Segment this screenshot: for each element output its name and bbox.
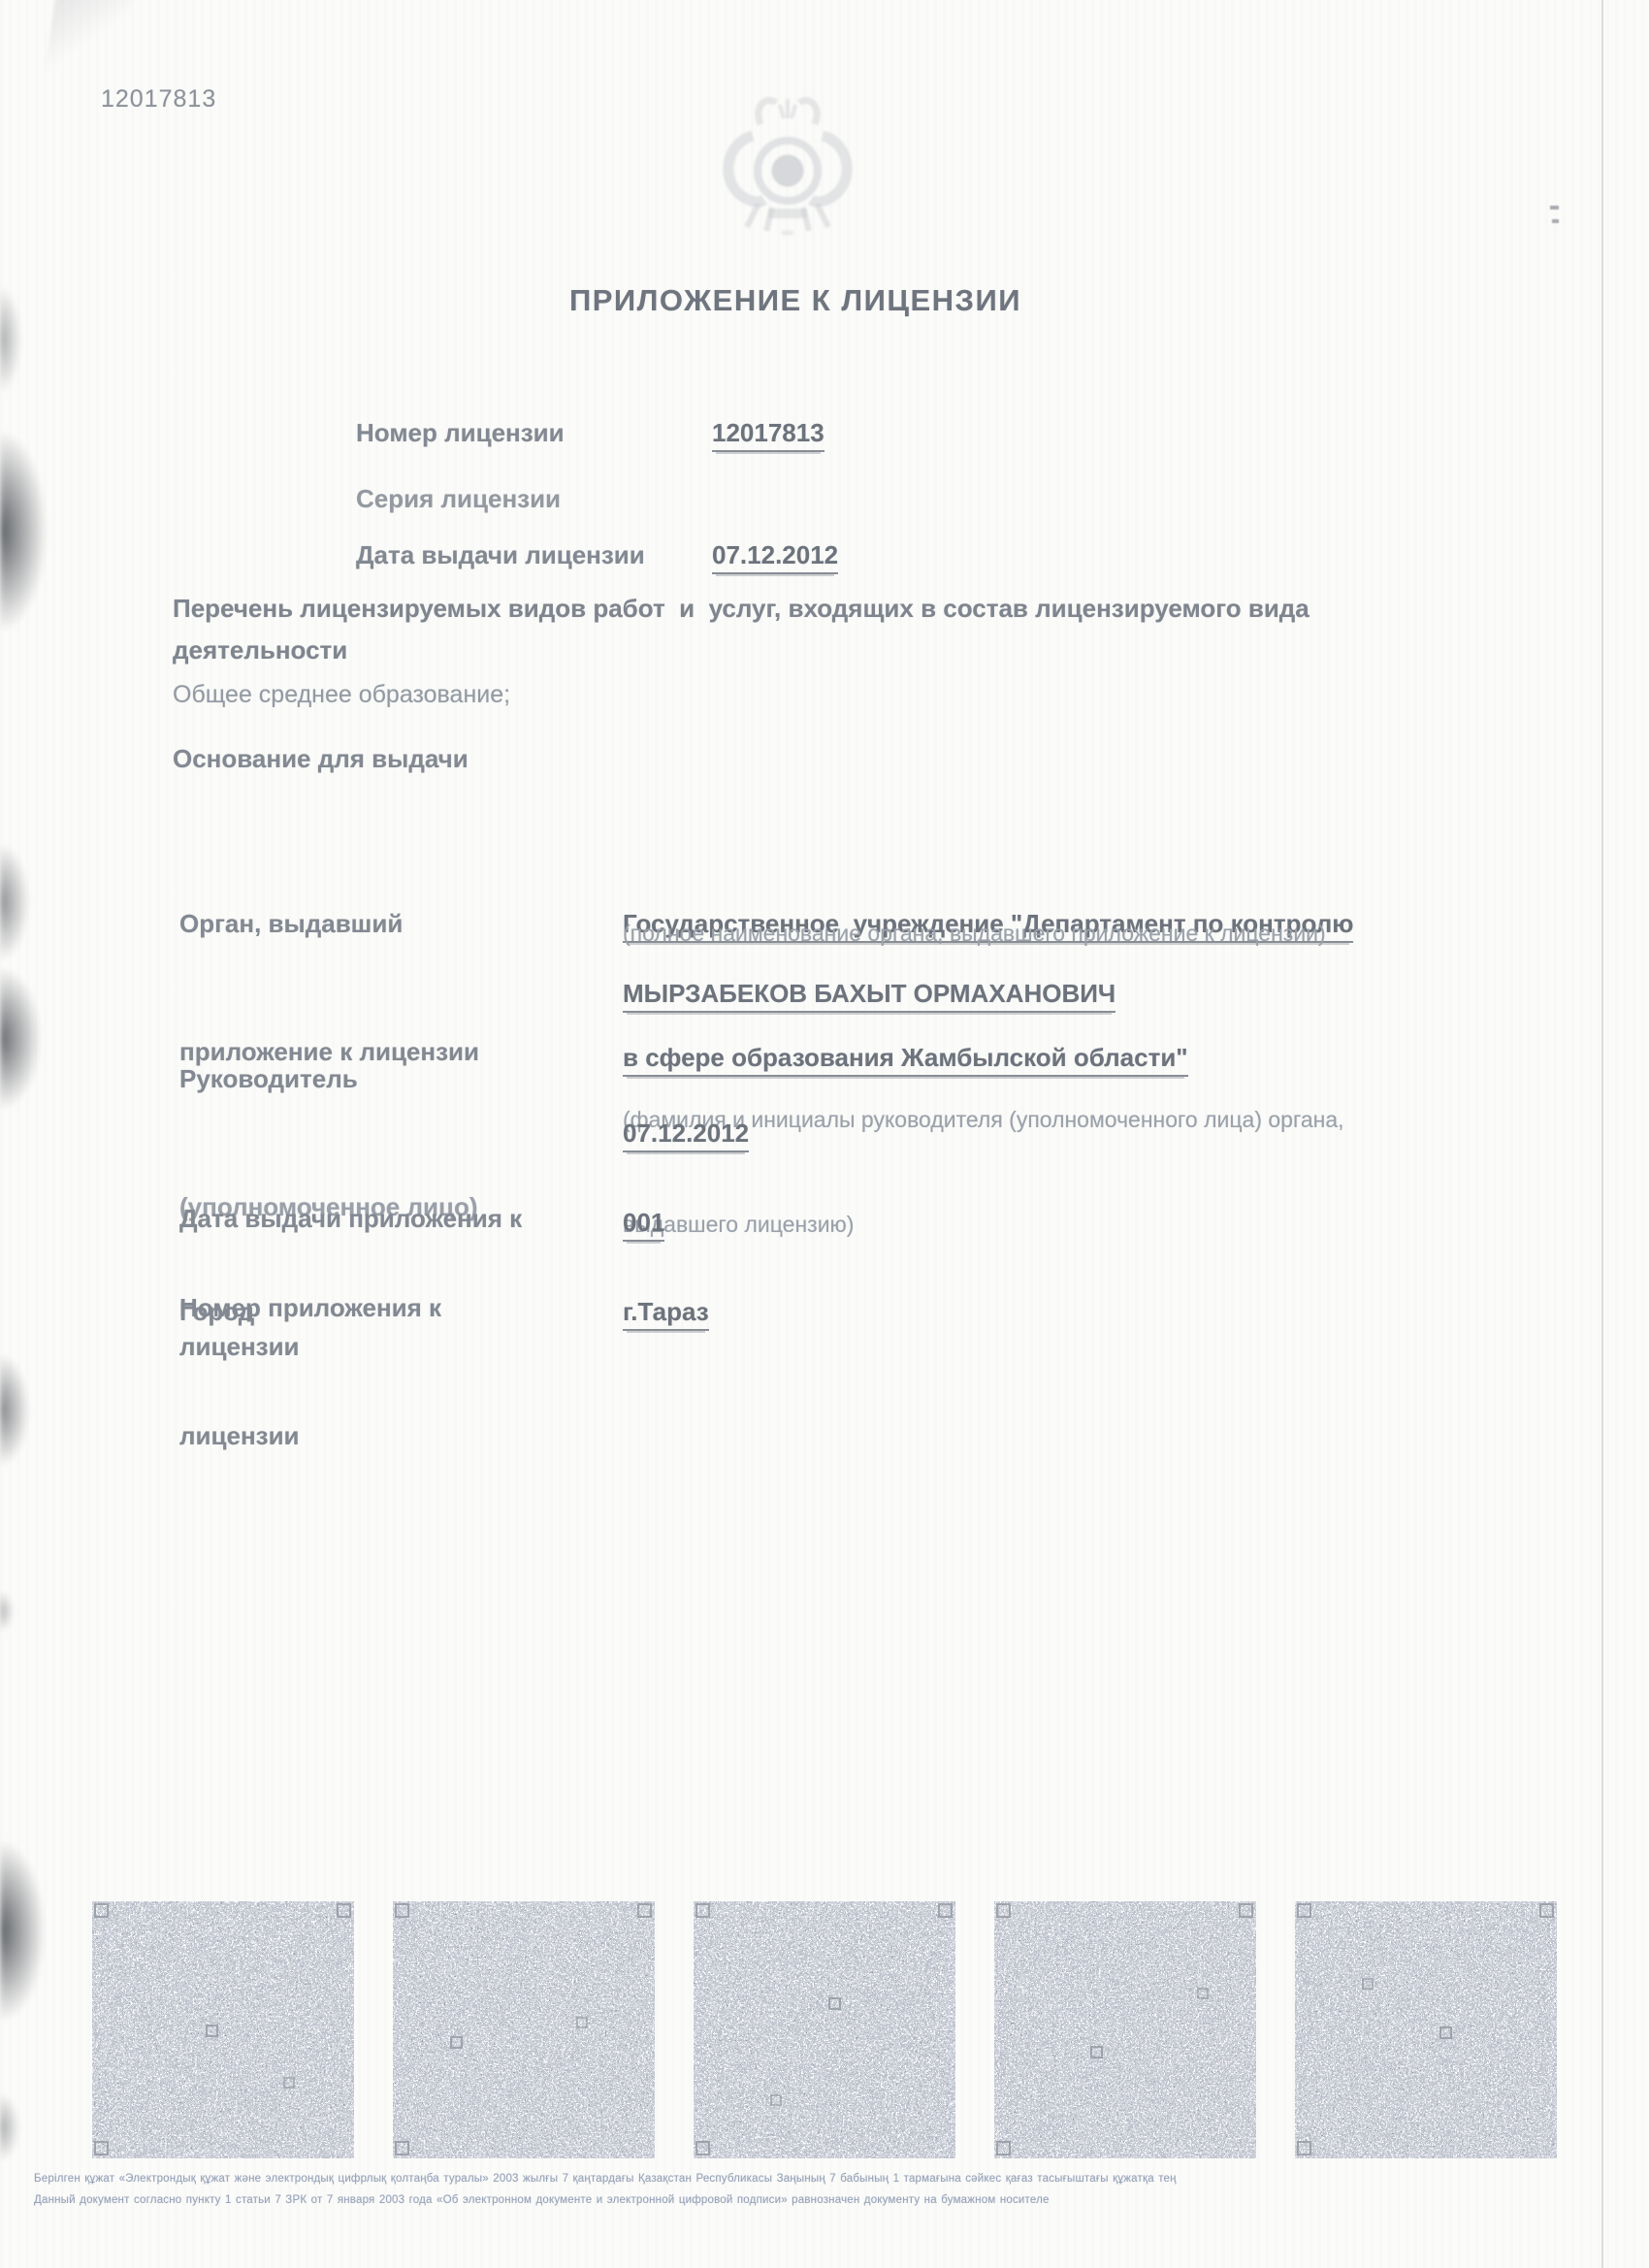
appendix-number-value: 001	[623, 1201, 664, 1244]
kazakhstan-emblem-icon	[704, 80, 871, 251]
scan-artifact	[0, 1841, 45, 2021]
basis-heading: Основание для выдачи	[173, 737, 469, 780]
footer-legal-line-kk: Берілген құжат «Электрондық құжат және э…	[34, 2173, 1177, 2185]
license-issue-date-label: Дата выдачи лицензии	[356, 534, 645, 576]
scan-artifact	[1552, 219, 1559, 223]
barcode-block	[694, 1901, 955, 2158]
scan-artifact	[0, 844, 29, 960]
barcode-block	[92, 1901, 354, 2158]
appendix-date-value: 07.12.2012	[623, 1112, 749, 1154]
works-list-value: Общее среднее образование;	[173, 681, 510, 709]
scan-artifact	[0, 432, 47, 631]
scan-artifact	[0, 968, 41, 1109]
license-number-value: 12017813	[712, 411, 824, 454]
city-value: г.Тараз	[623, 1290, 709, 1333]
scan-number: 12017813	[101, 85, 216, 113]
barcode-block	[994, 1901, 1256, 2158]
authority-caption: (полное наименование органа, выдавшего п…	[623, 916, 1326, 951]
city-label: Город	[179, 1290, 254, 1333]
footer-legal-line-ru: Данный документ согласно пункту 1 статьи…	[34, 2194, 1050, 2206]
scan-artifact	[0, 1354, 29, 1466]
scan-artifact	[0, 2093, 19, 2161]
scan-artifact	[44, 0, 133, 87]
license-issue-date-value: 07.12.2012	[712, 534, 838, 576]
license-number-label: Номер лицензии	[356, 411, 565, 454]
scan-artifact	[1550, 206, 1559, 210]
scanned-page: 12017813 ПРИЛОЖЕНИЕ К ЛИЦЕНЗИИ Номер лиц…	[0, 0, 1649, 2268]
works-list-heading: Перечень лицензируемых видов работ и усл…	[173, 588, 1453, 671]
appendix-number-label: Номер приложения к лицензии	[179, 1201, 626, 1542]
barcode-block	[1295, 1901, 1557, 2158]
license-series-label: Серия лицензии	[356, 477, 561, 520]
page-title: ПРИЛОЖЕНИЕ К ЛИЦЕНЗИИ	[0, 283, 1591, 318]
scan-artifact	[1601, 0, 1603, 2268]
barcode-block	[393, 1901, 655, 2158]
head-caption: (фамилия и инициалы руководителя (уполно…	[623, 1032, 1535, 1312]
scan-artifact	[0, 1591, 14, 1632]
head-value: МЫРЗАБЕКОВ БАХЫТ ОРМАХАНОВИЧ	[623, 972, 1115, 1015]
